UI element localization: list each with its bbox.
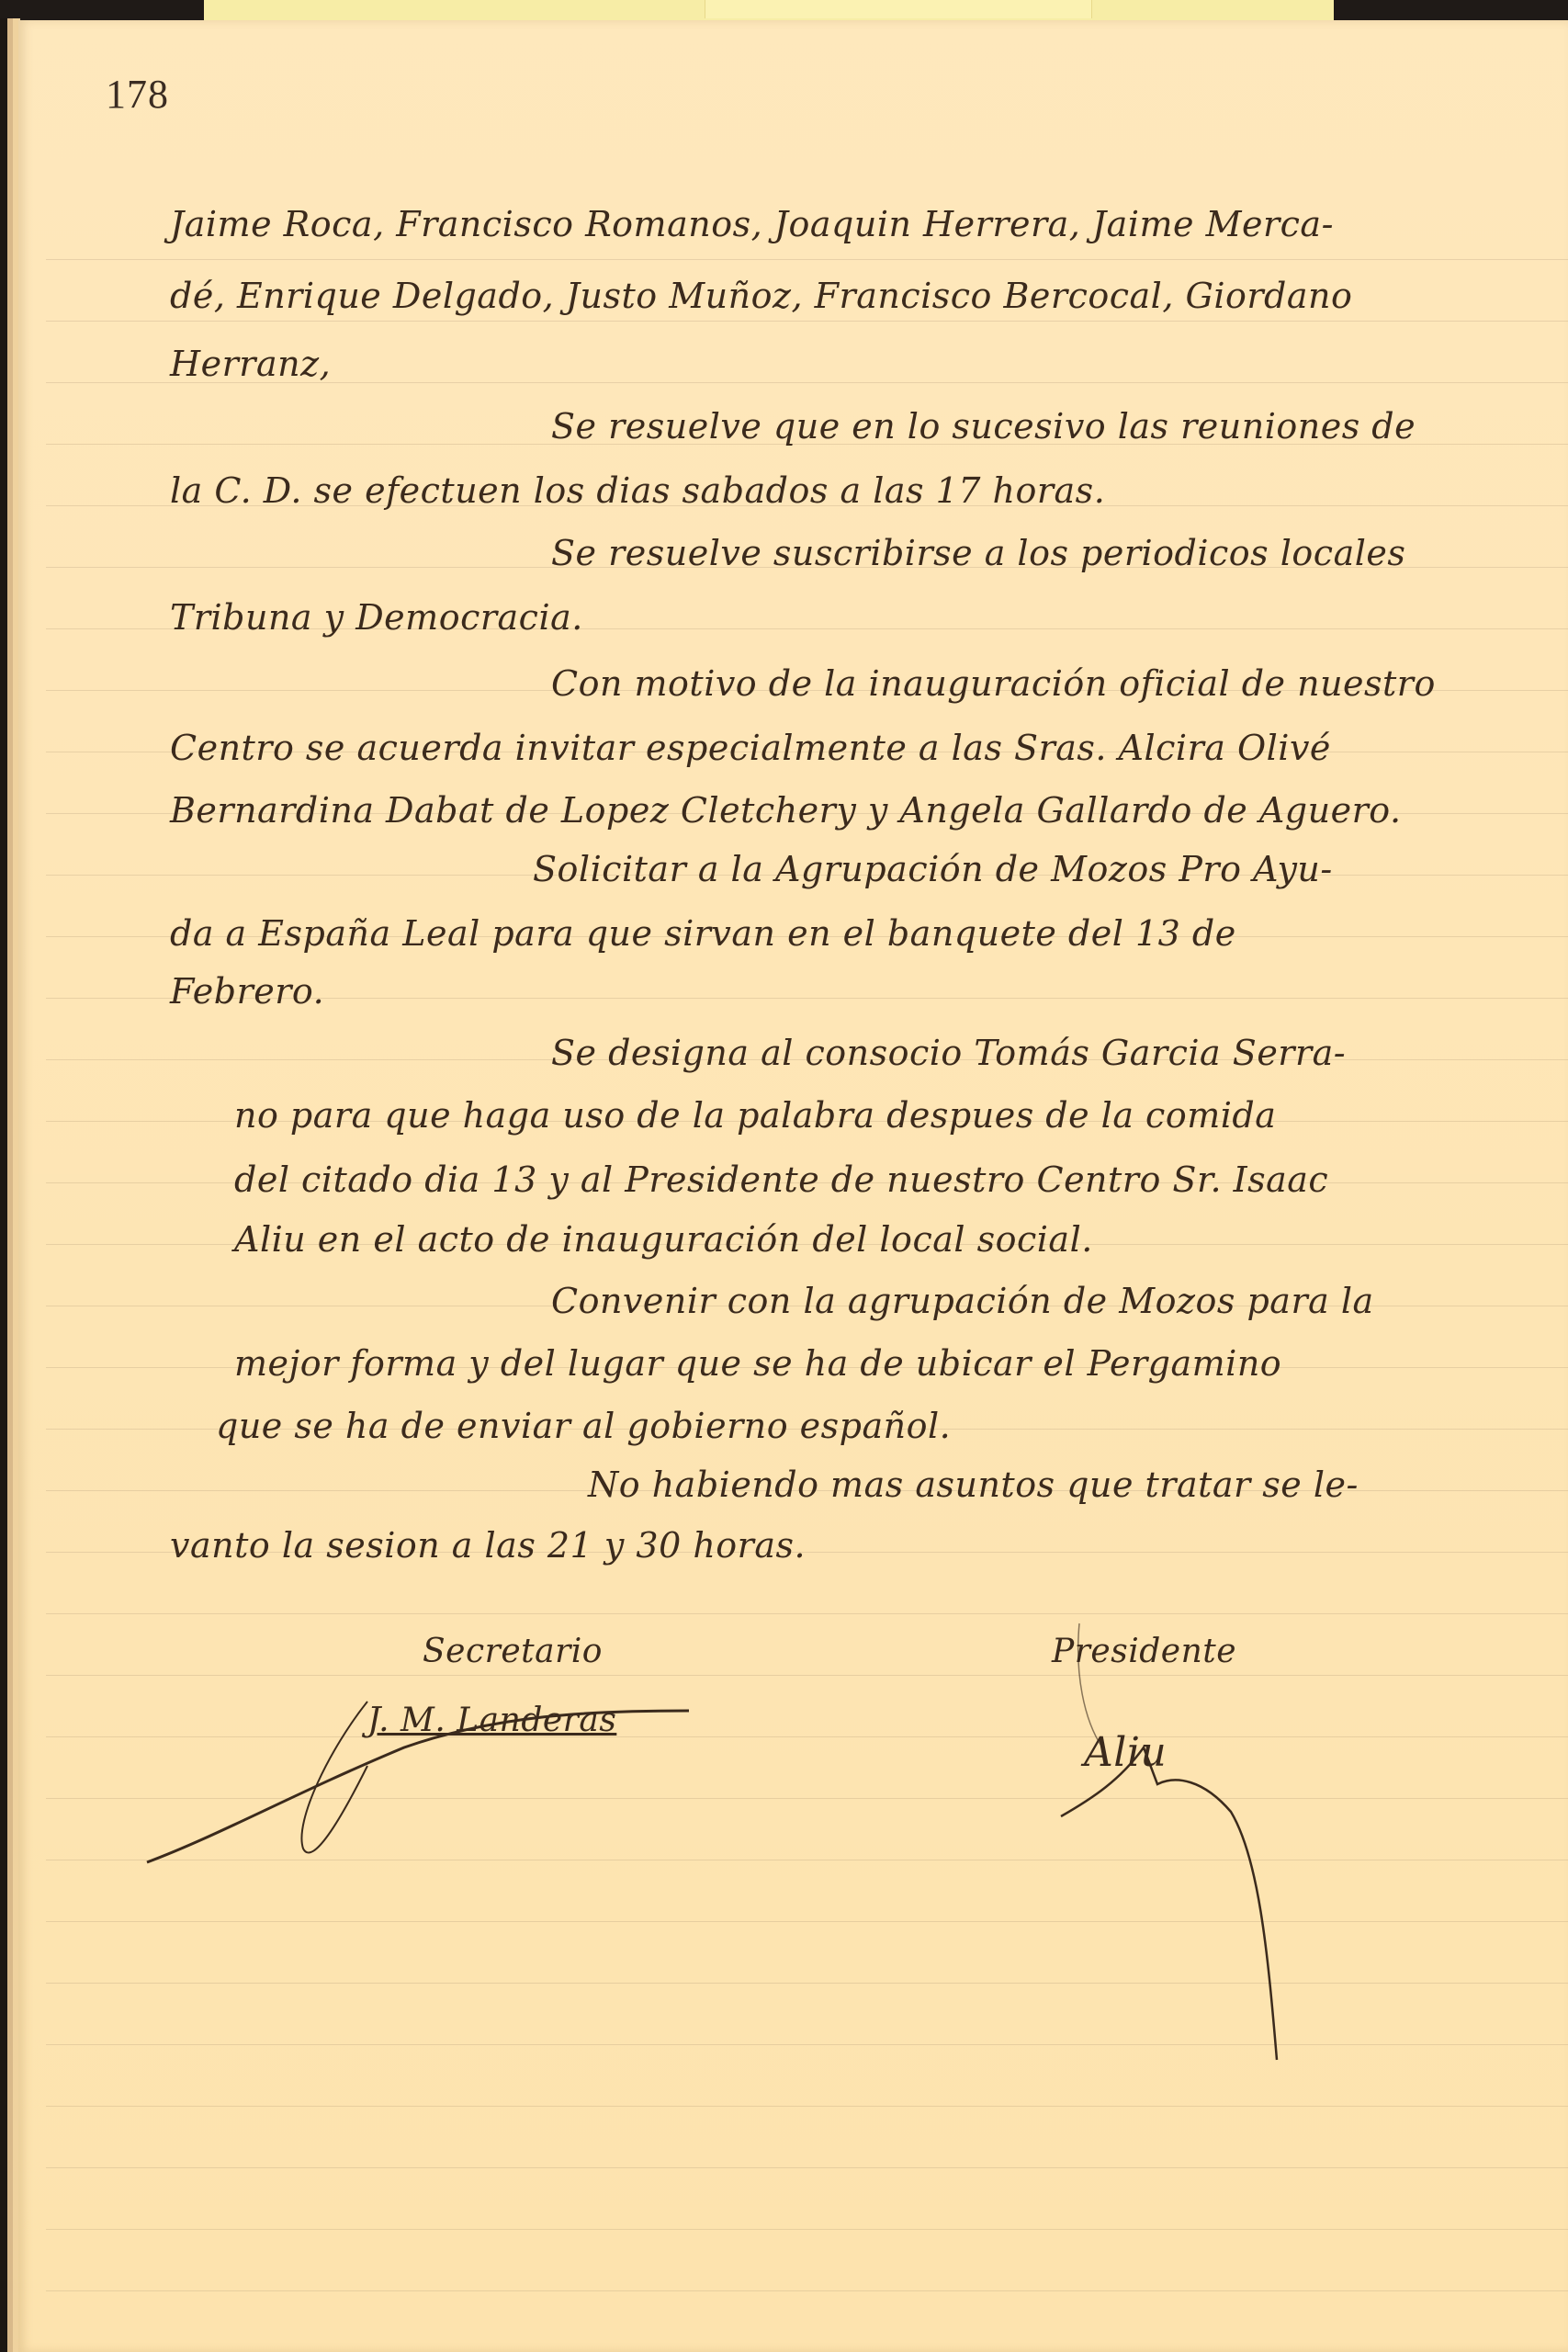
signature-flourishes	[18, 20, 1568, 2352]
ledger-page: 178 Jaime Roca, Francisco Romanos, Joaqu…	[18, 20, 1568, 2352]
book-binding-edge	[0, 18, 20, 2352]
sticky-note-top	[204, 0, 1334, 20]
sticky-note-fold	[705, 0, 1092, 18]
